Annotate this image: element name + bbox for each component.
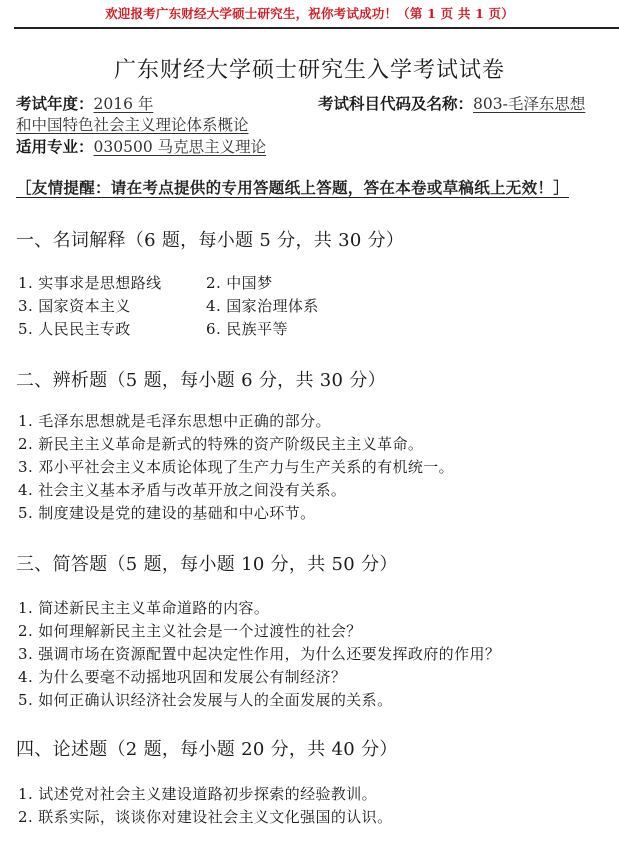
list-item: 2. 中国梦: [206, 272, 272, 293]
list-item: 5. 人民民主专政: [18, 318, 131, 339]
list-item: 4. 为什么要毫不动摇地巩固和发展公有制经济？: [18, 666, 346, 687]
exam-notice: ［友情提醒：请在考点提供的专用答题纸上答题，答在本卷或草稿纸上无效！］: [16, 176, 569, 198]
exam-year-label: 考试年度：: [16, 94, 94, 113]
list-item: 4. 社会主义基本矛盾与改革开放之间没有关系。: [18, 479, 346, 500]
list-item: 4. 国家治理体系: [206, 295, 319, 316]
list-item: 3. 邓小平社会主义本质论体现了生产力与生产关系的有机统一。: [18, 456, 454, 477]
section-3-heading: 三、简答题（5 题，每小题 10 分，共 50 分）: [16, 550, 398, 576]
section-1-heading: 一、名词解释（6 题，每小题 5 分，共 30 分）: [16, 226, 404, 252]
list-item: 2. 联系实际，谈谈你对建设社会主义文化强国的认识。: [18, 806, 392, 827]
exam-year: 考试年度：2016 年: [16, 92, 153, 114]
section-4-heading: 四、论述题（2 题，每小题 20 分，共 40 分）: [16, 735, 398, 761]
list-item: 3. 国家资本主义: [18, 295, 131, 316]
header-divider: [14, 27, 619, 29]
exam-subject-value-line1: 803-毛泽东思想: [473, 95, 585, 113]
welcome-banner: 欢迎报考广东财经大学硕士研究生，祝你考试成功！（第 1 页 共 1 页）: [0, 4, 619, 22]
list-item: 5. 如何正确认识经济社会发展与人的全面发展的关系。: [18, 689, 392, 710]
major-value: 030500 马克思主义理论: [94, 138, 267, 156]
list-item: 2. 新民主主义革命是新式的特殊的资产阶级民主主义革命。: [18, 433, 423, 454]
list-item: 1. 试述党对社会主义建设道路初步探索的经验教训。: [18, 783, 377, 804]
exam-subject: 考试科目代码及名称：803-毛泽东思想: [318, 92, 585, 114]
list-item: 1. 简述新民主主义革命道路的内容。: [18, 597, 269, 618]
exam-subject-label: 考试科目代码及名称：: [318, 94, 473, 113]
major-label: 适用专业：: [16, 137, 94, 156]
list-item: 5. 制度建设是党的建设的基础和中心环节。: [18, 502, 315, 523]
exam-subject-continued: 和中国特色社会主义理论体系概论: [16, 113, 249, 135]
list-item: 6. 民族平等: [206, 318, 288, 339]
exam-year-value: 2016 年: [94, 95, 154, 113]
exam-title: 广东财经大学硕士研究生入学考试试卷: [0, 53, 619, 84]
section-2-heading: 二、辨析题（5 题，每小题 6 分，共 30 分）: [16, 366, 386, 392]
applicable-major: 适用专业：030500 马克思主义理论: [16, 135, 266, 157]
exam-subject-value-line2: 和中国特色社会主义理论体系概论: [16, 116, 249, 134]
list-item: 1. 实事求是思想路线: [18, 272, 161, 293]
list-item: 1. 毛泽东思想就是毛泽东思想中正确的部分。: [18, 410, 331, 431]
list-item: 3. 强调市场在资源配置中起决定性作用，为什么还要发挥政府的作用？: [18, 643, 500, 664]
list-item: 2. 如何理解新民主主义社会是一个过渡性的社会？: [18, 620, 362, 641]
